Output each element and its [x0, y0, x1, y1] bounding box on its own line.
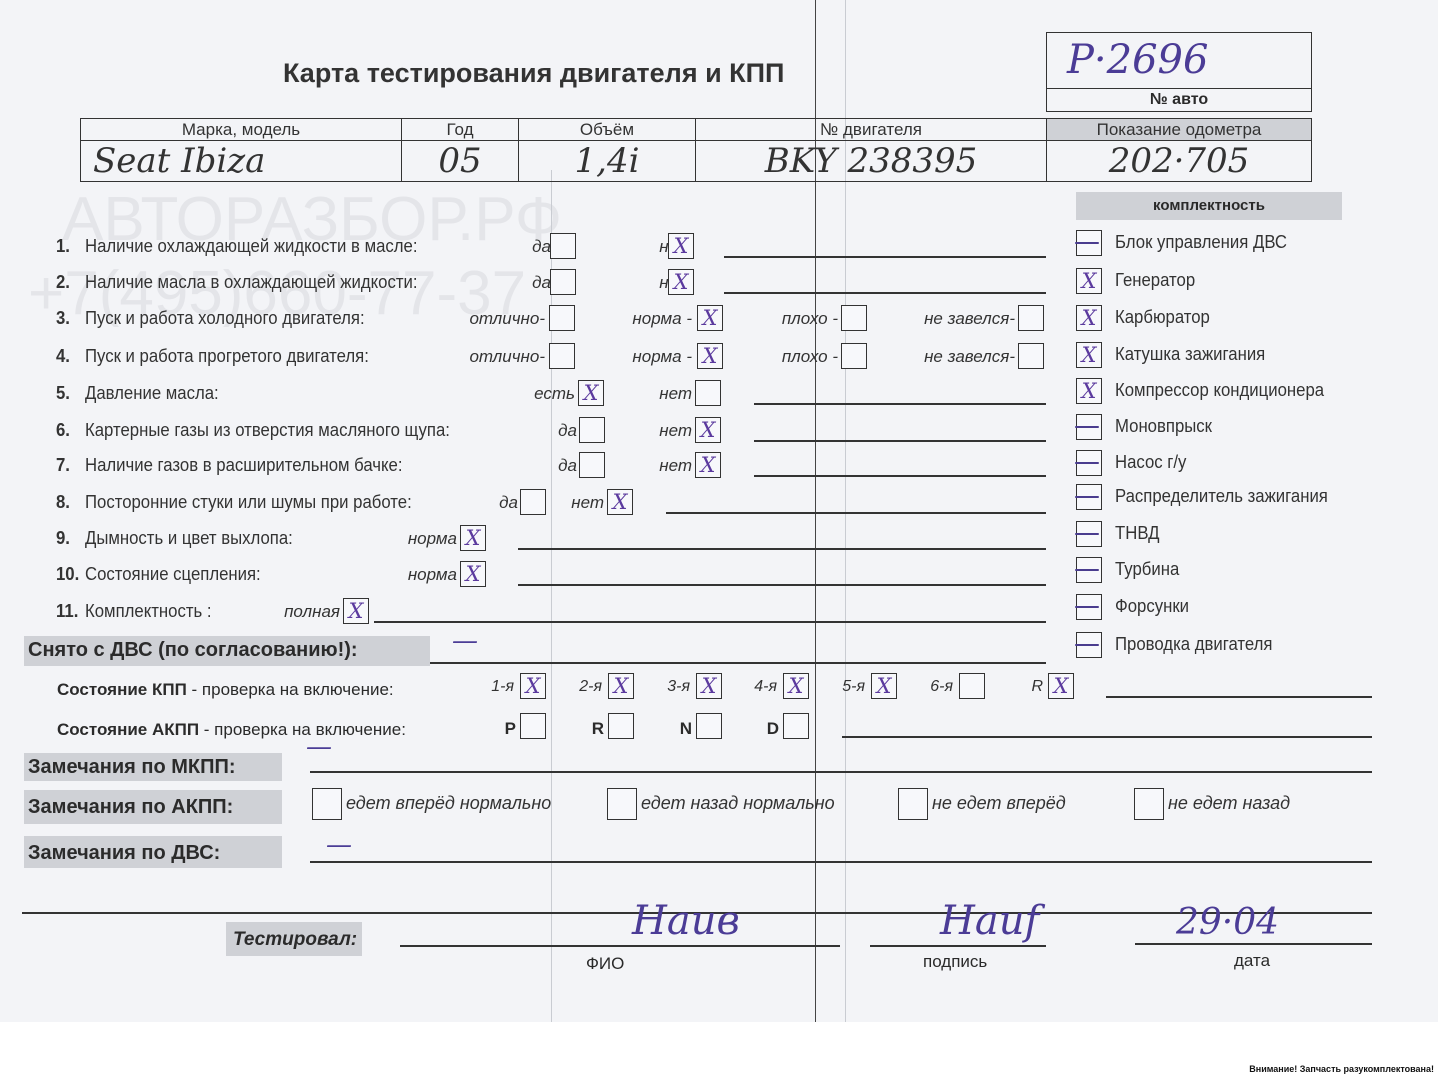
- answer-line: [754, 475, 1046, 477]
- kpp-gear-label: R: [1031, 678, 1043, 696]
- completeness-checkbox-12[interactable]: [1076, 632, 1102, 658]
- completeness-checkbox-1[interactable]: [1076, 230, 1102, 256]
- check-option-label: отлично-: [469, 309, 545, 329]
- completeness-item-label: Форсунки: [1115, 596, 1189, 617]
- remarks-mkpp-line: [310, 771, 1372, 773]
- value-year[interactable]: 05: [402, 141, 519, 182]
- akpp-remark-checkbox-3[interactable]: [898, 788, 928, 820]
- check-2-option-2[interactable]: X: [668, 269, 694, 295]
- check-option-label: норма -: [632, 347, 692, 367]
- check-mark-icon: X: [1077, 269, 1101, 293]
- check-4-option-2[interactable]: X: [697, 343, 723, 369]
- check-10-option-1[interactable]: X: [460, 561, 486, 587]
- check-1-option-2[interactable]: X: [668, 233, 694, 259]
- col-volume: Объём: [519, 119, 696, 141]
- answer-line: [754, 440, 1046, 442]
- check-option-label: нет: [659, 384, 692, 404]
- check-6-option-2[interactable]: X: [695, 417, 721, 443]
- completeness-item-label: Катушка зажигания: [1115, 344, 1265, 365]
- akpp-remark-checkbox-1[interactable]: [312, 788, 342, 820]
- completeness-checkbox-3[interactable]: X: [1076, 305, 1102, 331]
- date-caption: дата: [1234, 951, 1270, 971]
- tested-by-label: Тестировал:: [233, 929, 357, 951]
- completeness-checkbox-5[interactable]: X: [1076, 378, 1102, 404]
- check-mark-icon: X: [669, 270, 693, 294]
- kpp-gear-label: 2-я: [579, 678, 602, 696]
- check-option-label: да: [558, 456, 577, 476]
- scan-line: [551, 170, 552, 1022]
- check-mark-icon: X: [697, 674, 721, 698]
- dash-mark-icon: [1075, 496, 1099, 498]
- check-3-option-1[interactable]: [549, 305, 575, 331]
- completeness-item-label: Генератор: [1115, 270, 1195, 291]
- check-option-label: норма: [408, 529, 457, 549]
- check-mark-icon: X: [1077, 306, 1101, 330]
- check-option-label: отлично-: [469, 347, 545, 367]
- kpp-gear-label: 4-я: [754, 678, 777, 696]
- check-4-option-4[interactable]: [1018, 343, 1044, 369]
- check-mark-icon: X: [344, 599, 368, 623]
- remarks-mkpp-label: Замечания по МКПП:: [28, 756, 236, 779]
- check-label-1: Наличие охлаждающей жидкости в масле:: [85, 236, 417, 257]
- dash-mark-icon: [1075, 569, 1099, 571]
- akpp-mode-checkbox-2[interactable]: [608, 713, 634, 739]
- completeness-checkbox-7[interactable]: [1076, 450, 1102, 476]
- akpp-mode-label: R: [592, 719, 604, 739]
- kpp-line: [1106, 696, 1372, 698]
- check-option-label: полная: [284, 602, 340, 622]
- akpp-remark-label: не едет назад: [1168, 793, 1290, 814]
- kpp-gear-label: 6-я: [930, 678, 953, 696]
- check-4-option-3[interactable]: [841, 343, 867, 369]
- check-number-8: 8.: [56, 492, 70, 513]
- check-7-option-2[interactable]: X: [695, 452, 721, 478]
- check-1-option-1[interactable]: [550, 233, 576, 259]
- akpp-remark-label: едет назад нормально: [641, 793, 835, 814]
- check-number-2: 2.: [56, 272, 70, 293]
- completeness-checkbox-9[interactable]: [1076, 521, 1102, 547]
- check-label-4: Пуск и работа прогретого двигателя:: [85, 346, 369, 367]
- kpp-gear-checkbox-4[interactable]: X: [783, 673, 809, 699]
- check-option-label: да: [532, 273, 551, 293]
- value-odometer[interactable]: 202·705: [1047, 141, 1312, 182]
- completeness-checkbox-8[interactable]: [1076, 484, 1102, 510]
- col-year: Год: [402, 119, 519, 141]
- completeness-item-label: Моновпрыск: [1115, 416, 1212, 437]
- akpp-remark-label: не едет вперёд: [932, 793, 1066, 814]
- dash-mark-icon: [1075, 644, 1099, 646]
- completeness-item-label: Блок управления ДВС: [1115, 232, 1287, 253]
- check-6-option-1[interactable]: [579, 417, 605, 443]
- check-mark-icon: X: [698, 306, 722, 330]
- check-mark-icon: X: [872, 674, 896, 698]
- akpp-label-rest: - проверка на включение:: [199, 720, 406, 739]
- kpp-gear-label: 3-я: [667, 678, 690, 696]
- check-3-option-4[interactable]: [1018, 305, 1044, 331]
- value-volume[interactable]: 1,4i: [519, 141, 696, 182]
- kpp-gear-label: 1-я: [491, 678, 514, 696]
- name-caption: ФИО: [586, 954, 624, 974]
- check-label-3: Пуск и работа холодного двигателя:: [85, 308, 365, 329]
- check-number-1: 1.: [56, 236, 70, 257]
- check-mark-icon: X: [1077, 379, 1101, 403]
- check-3-option-3[interactable]: [841, 305, 867, 331]
- check-option-label: норма: [408, 565, 457, 585]
- dash-mark-icon: [1075, 426, 1099, 428]
- kpp-gear-checkbox-1[interactable]: X: [520, 673, 546, 699]
- check-option-label: не завелся-: [924, 309, 1015, 329]
- check-9-option-1[interactable]: X: [460, 525, 486, 551]
- check-5-option-1[interactable]: X: [578, 380, 604, 406]
- check-label-8: Посторонние стуки или шумы при работе:: [85, 492, 412, 513]
- akpp-mode-checkbox-1[interactable]: [520, 713, 546, 739]
- completeness-checkbox-2[interactable]: X: [1076, 268, 1102, 294]
- col-make-model: Марка, модель: [81, 119, 402, 141]
- check-mark-icon: X: [1077, 343, 1101, 367]
- answer-line: [518, 548, 1046, 550]
- check-mark-icon: X: [696, 453, 720, 477]
- check-option-label: плохо -: [782, 309, 838, 329]
- completeness-item-label: Распределитель зажигания: [1115, 486, 1328, 507]
- completeness-item-label: Насос г/у: [1115, 452, 1186, 473]
- answer-line: [518, 584, 1046, 586]
- akpp-mode-checkbox-3[interactable]: [696, 713, 722, 739]
- akpp-label: Состояние АКПП - проверка на включение:: [57, 720, 406, 740]
- check-mark-icon: X: [609, 674, 633, 698]
- remarks-dvs-value[interactable]: —: [326, 830, 352, 860]
- check-mark-icon: X: [521, 674, 545, 698]
- check-5-option-2[interactable]: [695, 380, 721, 406]
- check-option-label: нет: [659, 421, 692, 441]
- check-4-option-1[interactable]: [549, 343, 575, 369]
- answer-line: [374, 621, 1046, 623]
- check-mark-icon: X: [461, 562, 485, 586]
- check-7-option-1[interactable]: [579, 452, 605, 478]
- completeness-item-label: ТНВД: [1115, 523, 1159, 544]
- akpp-remark-checkbox-4[interactable]: [1134, 788, 1164, 820]
- dash-mark-icon: [1075, 242, 1099, 244]
- check-2-option-1[interactable]: [550, 269, 576, 295]
- car-number-box: P·2696 № авто: [1046, 32, 1312, 112]
- completeness-checkbox-10[interactable]: [1076, 557, 1102, 583]
- akpp-remark-label: едет вперёд нормально: [346, 793, 551, 814]
- answer-line: [754, 403, 1046, 405]
- check-label-5: Давление масла:: [85, 383, 219, 404]
- check-option-label: норма -: [632, 309, 692, 329]
- check-number-11: 11.: [56, 601, 78, 622]
- check-label-11: Комплектность :: [85, 601, 212, 622]
- check-option-label: да: [499, 493, 518, 513]
- check-mark-icon: X: [698, 344, 722, 368]
- check-label-7: Наличие газов в расширительном бачке:: [85, 455, 403, 476]
- check-8-option-1[interactable]: [520, 489, 546, 515]
- check-option-label: есть: [534, 384, 575, 404]
- scanned-form: АВТОРАЗБОР.РФ +7(495)660-77-37 Карта тес…: [0, 0, 1438, 1022]
- removed-line: [430, 662, 1046, 664]
- check-label-9: Дымность и цвет выхлопа:: [85, 528, 293, 549]
- check-number-9: 9.: [56, 528, 70, 549]
- col-odometer: Показание одометра: [1047, 119, 1312, 141]
- value-make-model[interactable]: Seat Ibiza: [81, 141, 402, 182]
- check-mark-icon: X: [461, 526, 485, 550]
- remarks-dvs-label: Замечания по ДВС:: [28, 842, 220, 865]
- kpp-gear-checkbox-2[interactable]: X: [608, 673, 634, 699]
- car-number-value[interactable]: P·2696: [1067, 37, 1208, 83]
- answer-line: [724, 292, 1046, 294]
- dash-mark-icon: [1075, 462, 1099, 464]
- completeness-title: комплектность: [1076, 192, 1342, 220]
- remarks-dvs-line: [310, 861, 1372, 863]
- kpp-label-bold: Состояние КПП: [57, 680, 187, 699]
- signature-caption: подпись: [923, 952, 987, 972]
- tester-name[interactable]: Hauв: [632, 898, 740, 944]
- kpp-gear-checkbox-5[interactable]: X: [871, 673, 897, 699]
- remarks-akpp-label: Замечания по АКПП:: [28, 796, 233, 819]
- completeness-item-label: Турбина: [1115, 559, 1179, 580]
- name-line: [400, 945, 840, 947]
- check-number-5: 5.: [56, 383, 70, 404]
- check-option-label: плохо -: [782, 347, 838, 367]
- col-engine-number: № двигателя: [696, 119, 1047, 141]
- removed-label: Снято с ДВС (по согласованию!):: [28, 639, 358, 662]
- check-3-option-2[interactable]: X: [697, 305, 723, 331]
- test-date[interactable]: 29·04: [1176, 902, 1279, 943]
- akpp-label-bold: Состояние АКПП: [57, 720, 199, 739]
- removed-value[interactable]: —: [452, 626, 478, 656]
- answer-line: [724, 256, 1046, 258]
- kpp-gear-checkbox-7[interactable]: X: [1048, 673, 1074, 699]
- akpp-line: [842, 736, 1372, 738]
- check-number-4: 4.: [56, 346, 70, 367]
- value-engine-number[interactable]: BKY 238395: [696, 141, 1047, 182]
- vehicle-info-table: Марка, модель Год Объём № двигателя Пока…: [80, 118, 1312, 182]
- check-label-10: Состояние сцепления:: [85, 564, 261, 585]
- check-number-6: 6.: [56, 420, 70, 441]
- check-11-option-1[interactable]: X: [343, 598, 369, 624]
- check-option-label: не завелся-: [924, 347, 1015, 367]
- completeness-checkbox-6[interactable]: [1076, 414, 1102, 440]
- check-8-option-2[interactable]: X: [607, 489, 633, 515]
- akpp-mode-label: P: [505, 719, 516, 739]
- check-label-2: Наличие масла в охлаждающей жидкости:: [85, 272, 417, 293]
- akpp-remark-checkbox-2[interactable]: [607, 788, 637, 820]
- check-option-label: да: [558, 421, 577, 441]
- kpp-gear-checkbox-3[interactable]: X: [696, 673, 722, 699]
- check-label-6: Картерные газы из отверстия масляного щу…: [85, 420, 450, 441]
- kpp-gear-label: 5-я: [842, 678, 865, 696]
- completeness-checkbox-11[interactable]: [1076, 594, 1102, 620]
- footer-notice: Внимание! Запчасть разукомплектована!: [1249, 1064, 1434, 1074]
- check-mark-icon: X: [608, 490, 632, 514]
- dash-mark-icon: [1075, 606, 1099, 608]
- check-option-label: нет: [571, 493, 604, 513]
- date-line: [1135, 943, 1372, 945]
- check-mark-icon: X: [696, 418, 720, 442]
- akpp-mode-checkbox-4[interactable]: [783, 713, 809, 739]
- tester-signature[interactable]: Hauf: [940, 898, 1039, 944]
- kpp-label: Состояние КПП - проверка на включение:: [57, 680, 394, 700]
- check-mark-icon: X: [784, 674, 808, 698]
- check-mark-icon: X: [579, 381, 603, 405]
- completeness-item-label: Проводка двигателя: [1115, 634, 1272, 655]
- check-mark-icon: X: [669, 234, 693, 258]
- check-number-7: 7.: [56, 455, 70, 476]
- check-number-10: 10.: [56, 564, 79, 585]
- completeness-item-label: Компрессор кондиционера: [1115, 380, 1324, 401]
- kpp-gear-checkbox-6[interactable]: [959, 673, 985, 699]
- signature-line: [870, 945, 1046, 947]
- akpp-mode-label: D: [767, 719, 779, 739]
- akpp-mode-label: N: [680, 719, 692, 739]
- dash-mark-icon: [1075, 533, 1099, 535]
- check-option-label: да: [532, 237, 551, 257]
- check-option-label: нет: [659, 456, 692, 476]
- check-mark-icon: X: [1049, 674, 1073, 698]
- completeness-item-label: Карбюратор: [1115, 307, 1210, 328]
- remarks-mkpp-value[interactable]: —: [306, 732, 332, 762]
- car-number-label: № авто: [1047, 88, 1311, 111]
- answer-line: [666, 512, 1046, 514]
- page-title: Карта тестирования двигателя и КПП: [283, 58, 784, 89]
- kpp-label-rest: - проверка на включение:: [187, 680, 394, 699]
- check-number-3: 3.: [56, 308, 70, 329]
- completeness-checkbox-4[interactable]: X: [1076, 342, 1102, 368]
